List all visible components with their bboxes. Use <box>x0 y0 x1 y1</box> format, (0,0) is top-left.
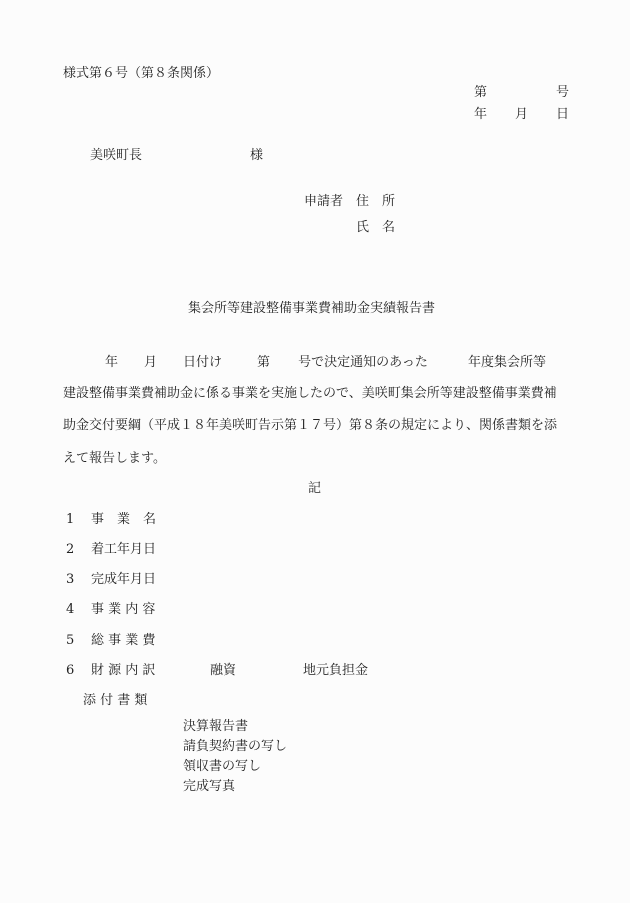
attachment-item: 完成写真 <box>183 780 235 793</box>
item-number: 2 <box>66 543 74 556</box>
body-year: 年 <box>105 355 118 370</box>
item-label-project-content: 事 業 内 容 <box>91 603 155 616</box>
date-day-label: 日 <box>556 108 569 121</box>
addressee-name: 美咲町長 <box>90 149 142 162</box>
document-title: 集会所等建設整備事業費補助金実績報告書 <box>188 302 435 315</box>
item-label-project-name: 事 業 名 <box>91 513 156 526</box>
body-number-prefix: 第 <box>257 355 270 370</box>
body-fiscal-year: 年度集会所等 <box>468 355 546 370</box>
item-number: 5 <box>66 634 74 647</box>
applicant-name-label: 氏 名 <box>356 221 395 234</box>
attachment-item: 請負契約書の写し <box>183 740 287 753</box>
attachment-item: 決算報告書 <box>183 720 248 733</box>
body-decided: 号で決定通知のあった <box>298 355 428 370</box>
item-number: 1 <box>66 513 74 526</box>
body-line-2: 建設整備事業費補助金に係る事業を実施したので、美咲町集会所等建設整備事業費補 <box>63 387 557 400</box>
ki-heading: 記 <box>308 482 321 495</box>
form-number-label: 様式第６号（第８条関係） <box>63 67 219 80</box>
funding-local-burden-label: 地元負担金 <box>303 664 368 677</box>
item-number: 3 <box>66 573 74 586</box>
item-number: 4 <box>66 603 74 616</box>
funding-loan-label: 融資 <box>210 664 236 677</box>
document-number-prefix: 第 <box>474 86 487 99</box>
body-line-1: 年月日付け第号で決定通知のあった年度集会所等 <box>63 356 546 369</box>
addressee-honorific: 様 <box>250 149 263 162</box>
item-label-completion-date: 完成年月日 <box>91 573 156 586</box>
item-label-total-cost: 総 事 業 費 <box>91 634 155 647</box>
document-number-suffix: 号 <box>556 86 569 99</box>
item-number: 6 <box>66 664 74 677</box>
applicant-label: 申請者 <box>304 195 343 208</box>
item-label-funding-breakdown: 財 源 内 訳 <box>91 664 155 677</box>
date-month-label: 月 <box>515 108 528 121</box>
body-month: 月 <box>144 355 157 370</box>
date-year-label: 年 <box>474 108 487 121</box>
document-page: { "header": { "form_label": "様式第６号（第８条関係… <box>0 0 630 903</box>
body-dated: 日付け <box>183 355 222 370</box>
applicant-address-label: 住 所 <box>356 195 395 208</box>
attachment-item: 領収書の写し <box>183 760 261 773</box>
body-line-3: 助金交付要綱（平成１８年美咲町告示第１７号）第８条の規定により、関係書類を添 <box>63 419 557 432</box>
item-label-start-date: 着工年月日 <box>91 543 156 556</box>
body-line-4: えて報告します。 <box>63 452 166 465</box>
attachments-label: 添 付 書 類 <box>83 694 147 707</box>
